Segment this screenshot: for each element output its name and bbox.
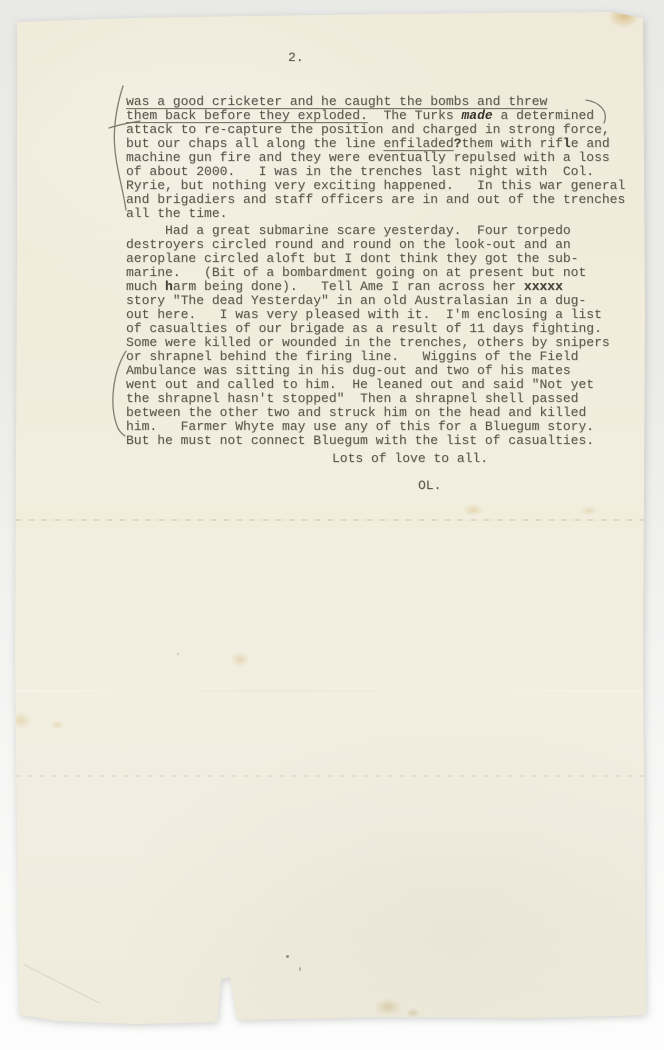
- typed-line: much harm being done). Tell Ame I ran ac…: [126, 280, 610, 294]
- typed-text: But he must not connect Bluegum with the…: [126, 433, 594, 448]
- scan-background: 2. was a good cricketer and he caught th…: [0, 0, 664, 1050]
- typed-line: Ryrie, but nothing very exciting happene…: [126, 179, 625, 193]
- closing-line: Lots of love to all.: [332, 452, 488, 466]
- fold-crease-middle: [16, 690, 644, 692]
- typed-line: machine gun fire and they were eventuall…: [126, 151, 625, 165]
- typed-line: all the time.: [126, 207, 625, 221]
- stain-left-edge: [10, 712, 32, 729]
- typed-text: him. Farmer Whyte may use any of this fo…: [126, 419, 594, 434]
- typed-line: between the other two and struck him on …: [126, 406, 610, 420]
- typed-line: Some were killed or wounded in the trenc…: [126, 336, 610, 350]
- typed-text: a determined: [493, 108, 594, 123]
- typed-text: machine gun fire and they were eventuall…: [126, 150, 610, 165]
- typed-line: destroyers circled round and round on th…: [126, 238, 610, 252]
- typed-line: was a good cricketer and he caught the b…: [126, 95, 625, 109]
- underlined-text: enfiladed: [383, 136, 453, 151]
- typed-text: Some were killed or wounded in the trenc…: [126, 335, 610, 350]
- fold-crease-lower: [16, 775, 644, 777]
- typed-line: but our chaps all along the line enfilad…: [126, 137, 625, 151]
- typed-text: all the time.: [126, 206, 227, 221]
- typed-text: much: [126, 279, 165, 294]
- stain-top-right: [608, 4, 640, 28]
- stain-fold-right: [580, 506, 598, 516]
- paragraph-fighting-account: was a good cricketer and he caught the b…: [126, 95, 625, 221]
- typed-line: But he must not connect Bluegum with the…: [126, 434, 610, 448]
- typed-text: story "The dead Yesterday" in an old Aus…: [126, 293, 586, 308]
- typed-text: attack to re-capture the position and ch…: [126, 122, 610, 137]
- typed-line: or shrapnel behind the firing line. Wigg…: [126, 350, 610, 364]
- typed-text: marine. (Bit of a bombardment going on a…: [126, 265, 586, 280]
- ink-speck: [177, 653, 179, 655]
- stain-fold-left: [462, 504, 484, 516]
- typed-line: the shrapnel hasn't stopped" Then a shra…: [126, 392, 610, 406]
- stain-bottom: [374, 998, 402, 1016]
- underlined-text: them back before they exploded.: [126, 108, 368, 123]
- letter-page: 2. was a good cricketer and he caught th…: [14, 12, 646, 1028]
- typed-text: but our chaps all along the line: [126, 136, 383, 151]
- typed-text: The Turks: [368, 108, 462, 123]
- typed-line: story "The dead Yesterday" in an old Aus…: [126, 294, 610, 308]
- stain-middle: [230, 652, 250, 667]
- typed-text: destroyers circled round and round on th…: [126, 237, 571, 252]
- typed-text: the shrapnel hasn't stopped" Then a shra…: [126, 391, 578, 406]
- typed-text: Had a great submarine scare yesterday. F…: [126, 223, 571, 238]
- typed-line: Had a great submarine scare yesterday. F…: [126, 224, 610, 238]
- typed-text: and brigadiers and staff officers are in…: [126, 192, 625, 207]
- overstruck-letter: h: [165, 279, 173, 294]
- typed-text: e and: [571, 136, 610, 151]
- typed-text: of about 2000. I was in the trenches las…: [126, 164, 594, 179]
- fold-crease-upper: [16, 519, 644, 521]
- typed-line: him. Farmer Whyte may use any of this fo…: [126, 420, 610, 434]
- signature: OL.: [418, 479, 441, 493]
- typed-text: of casualties of our brigade as a result…: [126, 321, 602, 336]
- margin-paren-icon: [113, 351, 126, 436]
- stain-bottom-small: [406, 1008, 420, 1018]
- typed-line: attack to re-capture the position and ch…: [126, 123, 625, 137]
- margin-bracket-icon: [114, 86, 126, 210]
- typed-text: them with rif: [461, 136, 562, 151]
- typed-text: aeroplane circled aloft but I dont think…: [126, 251, 578, 266]
- typed-line: Ambulance was sitting in his dug-out and…: [126, 364, 610, 378]
- typed-line: and brigadiers and staff officers are in…: [126, 193, 625, 207]
- typed-line: marine. (Bit of a bombardment going on a…: [126, 266, 610, 280]
- corner-crease: [24, 964, 101, 1004]
- typed-text: out here. I was very pleased with it. I'…: [126, 307, 602, 322]
- handwritten-correction: made: [461, 108, 492, 123]
- typed-text: arm being done). Tell Ame I ran across h…: [173, 279, 524, 294]
- typed-line: out here. I was very pleased with it. I'…: [126, 308, 610, 322]
- page-number: 2.: [288, 51, 304, 65]
- ink-speck: [299, 967, 301, 971]
- typed-text: Ambulance was sitting in his dug-out and…: [126, 363, 571, 378]
- typed-text: went out and called to him. He leaned ou…: [126, 377, 594, 392]
- typed-line: them back before they exploded. The Turk…: [126, 109, 625, 123]
- ink-speck: [286, 955, 289, 958]
- typed-line: of about 2000. I was in the trenches las…: [126, 165, 625, 179]
- typed-text: Ryrie, but nothing very exciting happene…: [126, 178, 625, 193]
- underlined-text: was a good cricketer and he caught the b…: [126, 94, 547, 109]
- typed-text: or shrapnel behind the firing line. Wigg…: [126, 349, 578, 364]
- typed-text: between the other two and struck him on …: [126, 405, 586, 420]
- paragraph-submarine-scare: Had a great submarine scare yesterday. F…: [126, 224, 610, 448]
- stain-left-small: [50, 720, 64, 730]
- struck-out-text: xxxxx: [524, 279, 563, 294]
- typed-line: went out and called to him. He leaned ou…: [126, 378, 610, 392]
- typed-line: of casualties of our brigade as a result…: [126, 322, 610, 336]
- overstruck-letter: l: [563, 136, 571, 151]
- typed-line: aeroplane circled aloft but I dont think…: [126, 252, 610, 266]
